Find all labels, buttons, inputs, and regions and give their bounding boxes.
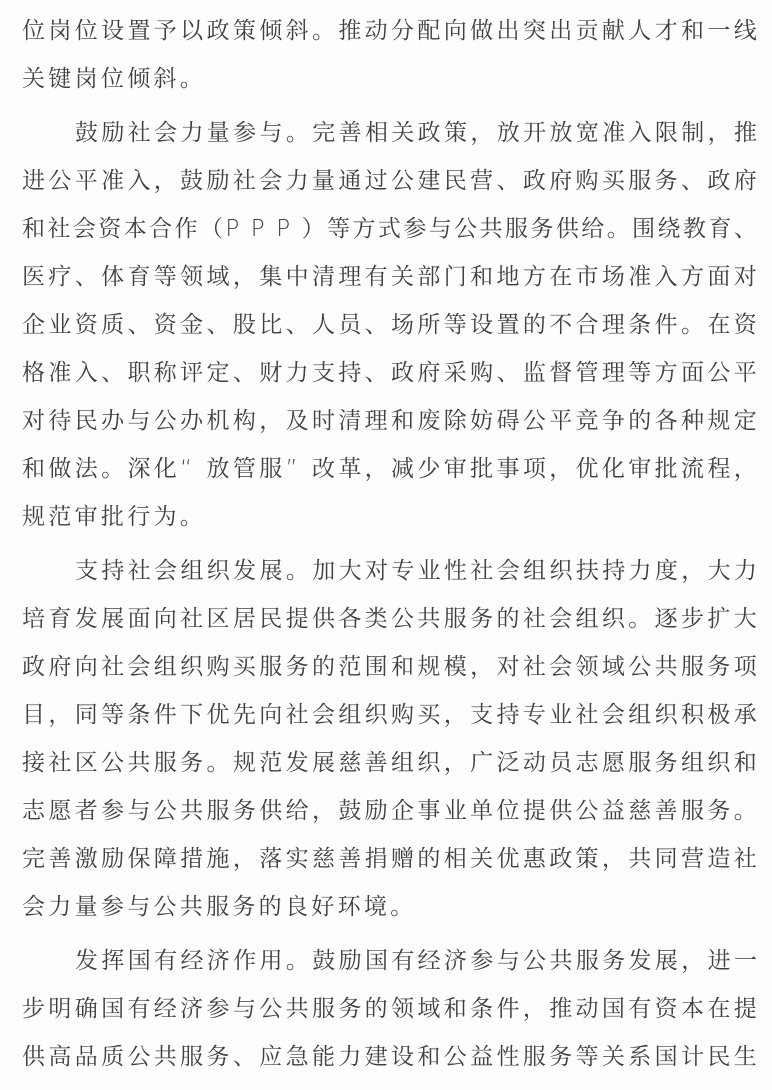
text-line: 格准入、职称评定、财力支持、政府采购、监督管理等方面公平 bbox=[22, 356, 757, 404]
text-line: 企业资质、资金、股比、人员、场所等设置的不合理条件。在资 bbox=[22, 308, 757, 356]
text-line: 关键岗位倾斜。 bbox=[22, 62, 757, 110]
text-line: 位岗位设置予以政策倾斜。推动分配向做出突出贡献人才和一线 bbox=[22, 14, 757, 62]
text-line: 目，同等条件下优先向社会组织购买，支持专业社会组织积极承 bbox=[22, 698, 757, 746]
state-owned-economy-paragraph: 发挥国有经济作用。鼓励国有经济参与公共服务发展，进一 步明确国有经济参与公共服务… bbox=[22, 944, 757, 1088]
text-line: 步明确国有经济参与公共服务的领域和条件，推动国有资本在提 bbox=[22, 992, 757, 1040]
document-page: 位岗位设置予以政策倾斜。推动分配向做出突出贡献人才和一线 关键岗位倾斜。 鼓励社… bbox=[0, 0, 772, 1090]
text-line: 完善激励保障措施，落实慈善捐赠的相关优惠政策，共同营造社 bbox=[22, 842, 757, 890]
text-line: 进公平准入，鼓励社会力量通过公建民营、政府购买服务、政府 bbox=[22, 164, 757, 212]
text-line: 和做法。深化“放管服”改革，减少审批事项，优化审批流程， bbox=[22, 452, 757, 500]
text-line: 规范审批行为。 bbox=[22, 500, 757, 548]
continuation-paragraph: 位岗位设置予以政策倾斜。推动分配向做出突出贡献人才和一线 关键岗位倾斜。 bbox=[22, 14, 757, 110]
support-social-organizations-paragraph: 支持社会组织发展。加大对专业性社会组织扶持力度，大力 培育发展面向社区居民提供各… bbox=[22, 554, 757, 938]
text-line: 和社会资本合作（PPP）等方式参与公共服务供给。围绕教育、 bbox=[22, 212, 757, 260]
text-line: 政府向社会组织购买服务的范围和规模，对社会领域公共服务项 bbox=[22, 650, 757, 698]
text-line: 培育发展面向社区居民提供各类公共服务的社会组织。逐步扩大 bbox=[22, 602, 757, 650]
encourage-social-forces-paragraph: 鼓励社会力量参与。完善相关政策，放开放宽准入限制，推 进公平准入，鼓励社会力量通… bbox=[22, 116, 757, 548]
text-line: 接社区公共服务。规范发展慈善组织，广泛动员志愿服务组织和 bbox=[22, 746, 757, 794]
paragraph-first-line: 支持社会组织发展。加大对专业性社会组织扶持力度，大力 bbox=[22, 554, 757, 602]
text-line: 对待民办与公办机构，及时清理和废除妨碍公平竞争的各种规定 bbox=[22, 404, 757, 452]
document-body: 位岗位设置予以政策倾斜。推动分配向做出突出贡献人才和一线 关键岗位倾斜。 鼓励社… bbox=[22, 14, 757, 1090]
text-line: 供高品质公共服务、应急能力建设和公益性服务等关系国计民生 bbox=[22, 1040, 757, 1088]
text-line: 医疗、体育等领域，集中清理有关部门和地方在市场准入方面对 bbox=[22, 260, 757, 308]
text-line: 志愿者参与公共服务供给，鼓励企事业单位提供公益慈善服务。 bbox=[22, 794, 757, 842]
paragraph-first-line: 鼓励社会力量参与。完善相关政策，放开放宽准入限制，推 bbox=[22, 116, 757, 164]
text-line: 会力量参与公共服务的良好环境。 bbox=[22, 890, 757, 938]
paragraph-first-line: 发挥国有经济作用。鼓励国有经济参与公共服务发展，进一 bbox=[22, 944, 757, 992]
